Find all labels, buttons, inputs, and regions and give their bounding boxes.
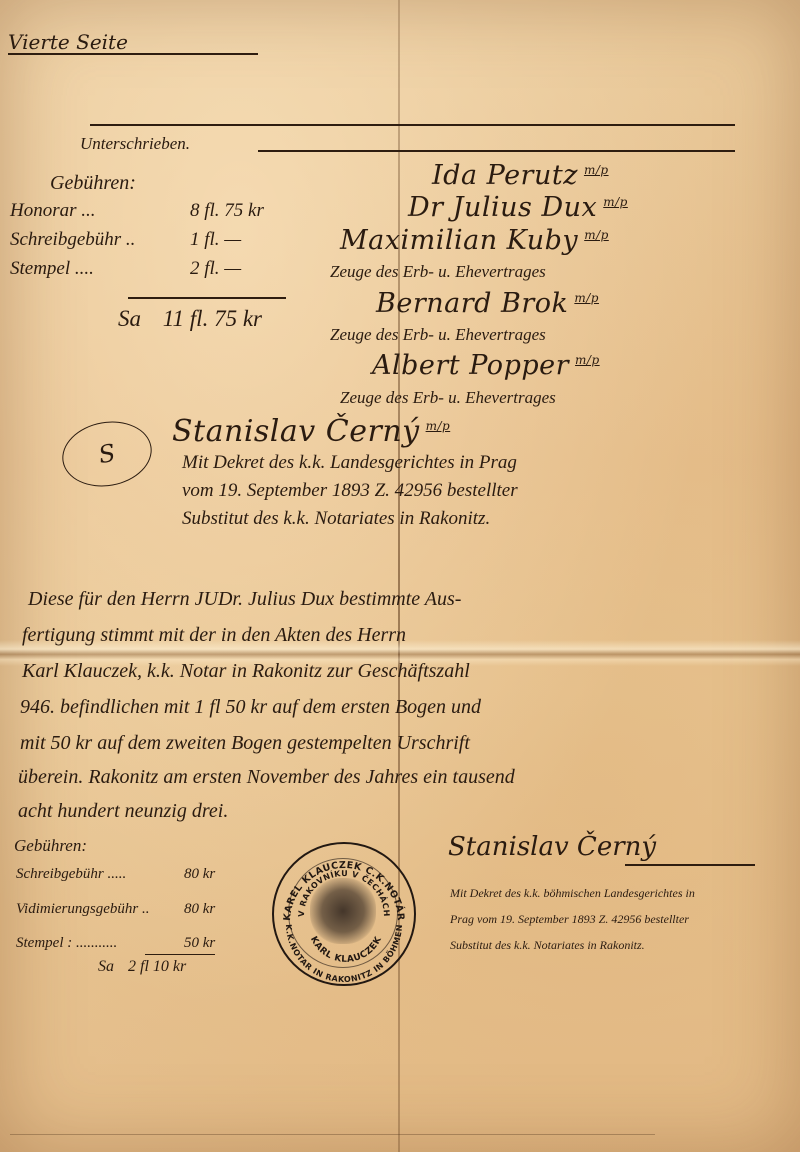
mp-mark: m/p <box>584 228 609 242</box>
fees-bottom-title: Gebühren: <box>14 836 87 856</box>
certification-line: mit 50 kr auf dem zweiten Bogen gestempe… <box>20 732 470 755</box>
fee-total-row: Sa 11 fl. 75 kr <box>118 306 262 332</box>
mp-mark: m/p <box>426 419 451 433</box>
fee-amount: 80 kr <box>184 901 215 918</box>
fee-total-amount: 2 fl 10 kr <box>128 958 186 975</box>
notary-seal-oval: S <box>57 415 157 494</box>
fee-row: Stempel : ........... 50 kr <box>16 935 117 952</box>
mp-mark: m/p <box>603 195 628 209</box>
top-rule <box>90 124 735 126</box>
signer-name: Maximilian Kuby <box>340 225 578 256</box>
fee-label: Honorar ... <box>10 200 96 221</box>
notary-appointment-line: Mit Dekret des k.k. Landesgerichtes in P… <box>182 452 517 474</box>
signature-bernard-brok: Bernard Brokm/p <box>376 288 599 319</box>
certification-line: Diese für den Herrn JUDr. Julius Dux bes… <box>28 588 461 611</box>
signature-maximilian-kuby: Maximilian Kubym/p <box>340 225 609 256</box>
fee-total-amount: 11 fl. 75 kr <box>163 306 262 331</box>
fee-label: Stempel : ........... <box>16 935 117 951</box>
signature-albert-popper: Albert Popperm/p <box>372 350 600 381</box>
certification-line: Karl Klauczek, k.k. Notar in Rakonitz zu… <box>22 660 470 683</box>
svg-text:K.K.NOTAR IN RAKONITZ IN BÖHME: K.K.NOTAR IN RAKONITZ IN BÖHMEN <box>284 924 404 984</box>
certification-line: acht hundert neunzig drei. <box>18 800 228 823</box>
fee-amount: 8 fl. 75 kr <box>190 200 264 222</box>
notary-appointment-line: vom 19. September 1893 Z. 42956 bestellt… <box>182 480 518 502</box>
witness-role: Zeuge des Erb- u. Ehevertrages <box>340 388 556 408</box>
fee-row: Schreibgebühr .. 1 fl. — <box>10 229 135 251</box>
fees-top-title: Gebühren: <box>50 172 136 195</box>
fee-amount: 80 kr <box>184 866 215 883</box>
fee-total-label: Sa <box>98 958 114 975</box>
closing-appointment-line: Substitut des k.k. Notariates in Rakonit… <box>450 938 645 953</box>
fee-row: Schreibgebühr ..... 80 kr <box>16 866 126 883</box>
stamp-outer-bottom-text: K.K.NOTAR IN RAKONITZ IN BÖHMEN <box>284 924 404 984</box>
mp-mark: m/p <box>584 163 609 177</box>
closing-appointment-line: Prag vom 19. September 1893 Z. 42956 bes… <box>450 912 689 927</box>
seal-letter: S <box>96 439 117 469</box>
fee-amount: 50 kr <box>184 935 215 952</box>
certification-line: überein. Rakonitz am ersten November des… <box>18 766 515 789</box>
fee-amount: 1 fl. — <box>190 229 241 251</box>
notary-appointment-line: Substitut des k.k. Notariates in Rakonit… <box>182 508 490 530</box>
mp-mark: m/p <box>575 353 600 367</box>
signer-name: Bernard Brok <box>376 288 568 319</box>
fee-label: Schreibgebühr ..... <box>16 866 126 882</box>
signer-name: Albert Popper <box>372 350 569 381</box>
witness-role: Zeuge des Erb- u. Ehevertrages <box>330 325 546 345</box>
certification-line: 946. befindlichen mit 1 fl 50 kr auf dem… <box>20 696 481 719</box>
signature-underline <box>625 864 755 866</box>
certification-line: fertigung stimmt mit der in den Akten de… <box>22 624 406 647</box>
notary-stamp: KAREL KLAUCZEK C.K.NOTÁR V RAKOVNÍKU V Č… <box>272 842 416 986</box>
stamp-text-ring: KAREL KLAUCZEK C.K.NOTÁR V RAKOVNÍKU V Č… <box>274 844 414 984</box>
closing-signature: Stanislav Černý <box>448 832 656 862</box>
signature-ida-perutz: Ida Perutzm/p <box>432 160 609 191</box>
notary-signature: Stanislav Černým/p <box>172 414 450 449</box>
fee-row: Honorar ... 8 fl. 75 kr <box>10 200 96 222</box>
svg-text:KARL KLAUCZEK: KARL KLAUCZEK <box>308 935 384 965</box>
witness-role: Zeuge des Erb- u. Ehevertrages <box>330 262 546 282</box>
fee-label: Schreibgebühr .. <box>10 229 135 250</box>
faint-bottom-rule <box>10 1134 655 1135</box>
stamp-inner-bottom-text: KARL KLAUCZEK <box>308 935 384 965</box>
closing-appointment-line: Mit Dekret des k.k. böhmischen Landesger… <box>450 886 695 901</box>
fee-label: Stempel .... <box>10 258 94 279</box>
fee-total-row: Sa 2 fl 10 kr <box>98 958 186 976</box>
fee-row: Vidimierungsgebühr .. 80 kr <box>16 901 149 918</box>
fees-bottom-sum-rule <box>145 954 215 955</box>
signer-name: Dr Julius Dux <box>408 192 597 223</box>
fee-total-label: Sa <box>118 306 141 331</box>
fees-sum-rule <box>128 297 286 299</box>
section-label: Unterschrieben. <box>80 134 190 154</box>
second-rule <box>258 150 735 152</box>
fee-row: Stempel .... 2 fl. — <box>10 258 94 280</box>
mp-mark: m/p <box>574 291 599 305</box>
fee-label: Vidimierungsgebühr .. <box>16 901 149 917</box>
fee-amount: 2 fl. — <box>190 258 241 280</box>
signature-julius-dux: Dr Julius Duxm/p <box>408 192 628 223</box>
notary-name: Stanislav Černý <box>172 414 420 449</box>
heading-underline <box>8 53 258 55</box>
page-heading: Vierte Seite <box>8 30 128 54</box>
signer-name: Ida Perutz <box>432 160 578 191</box>
